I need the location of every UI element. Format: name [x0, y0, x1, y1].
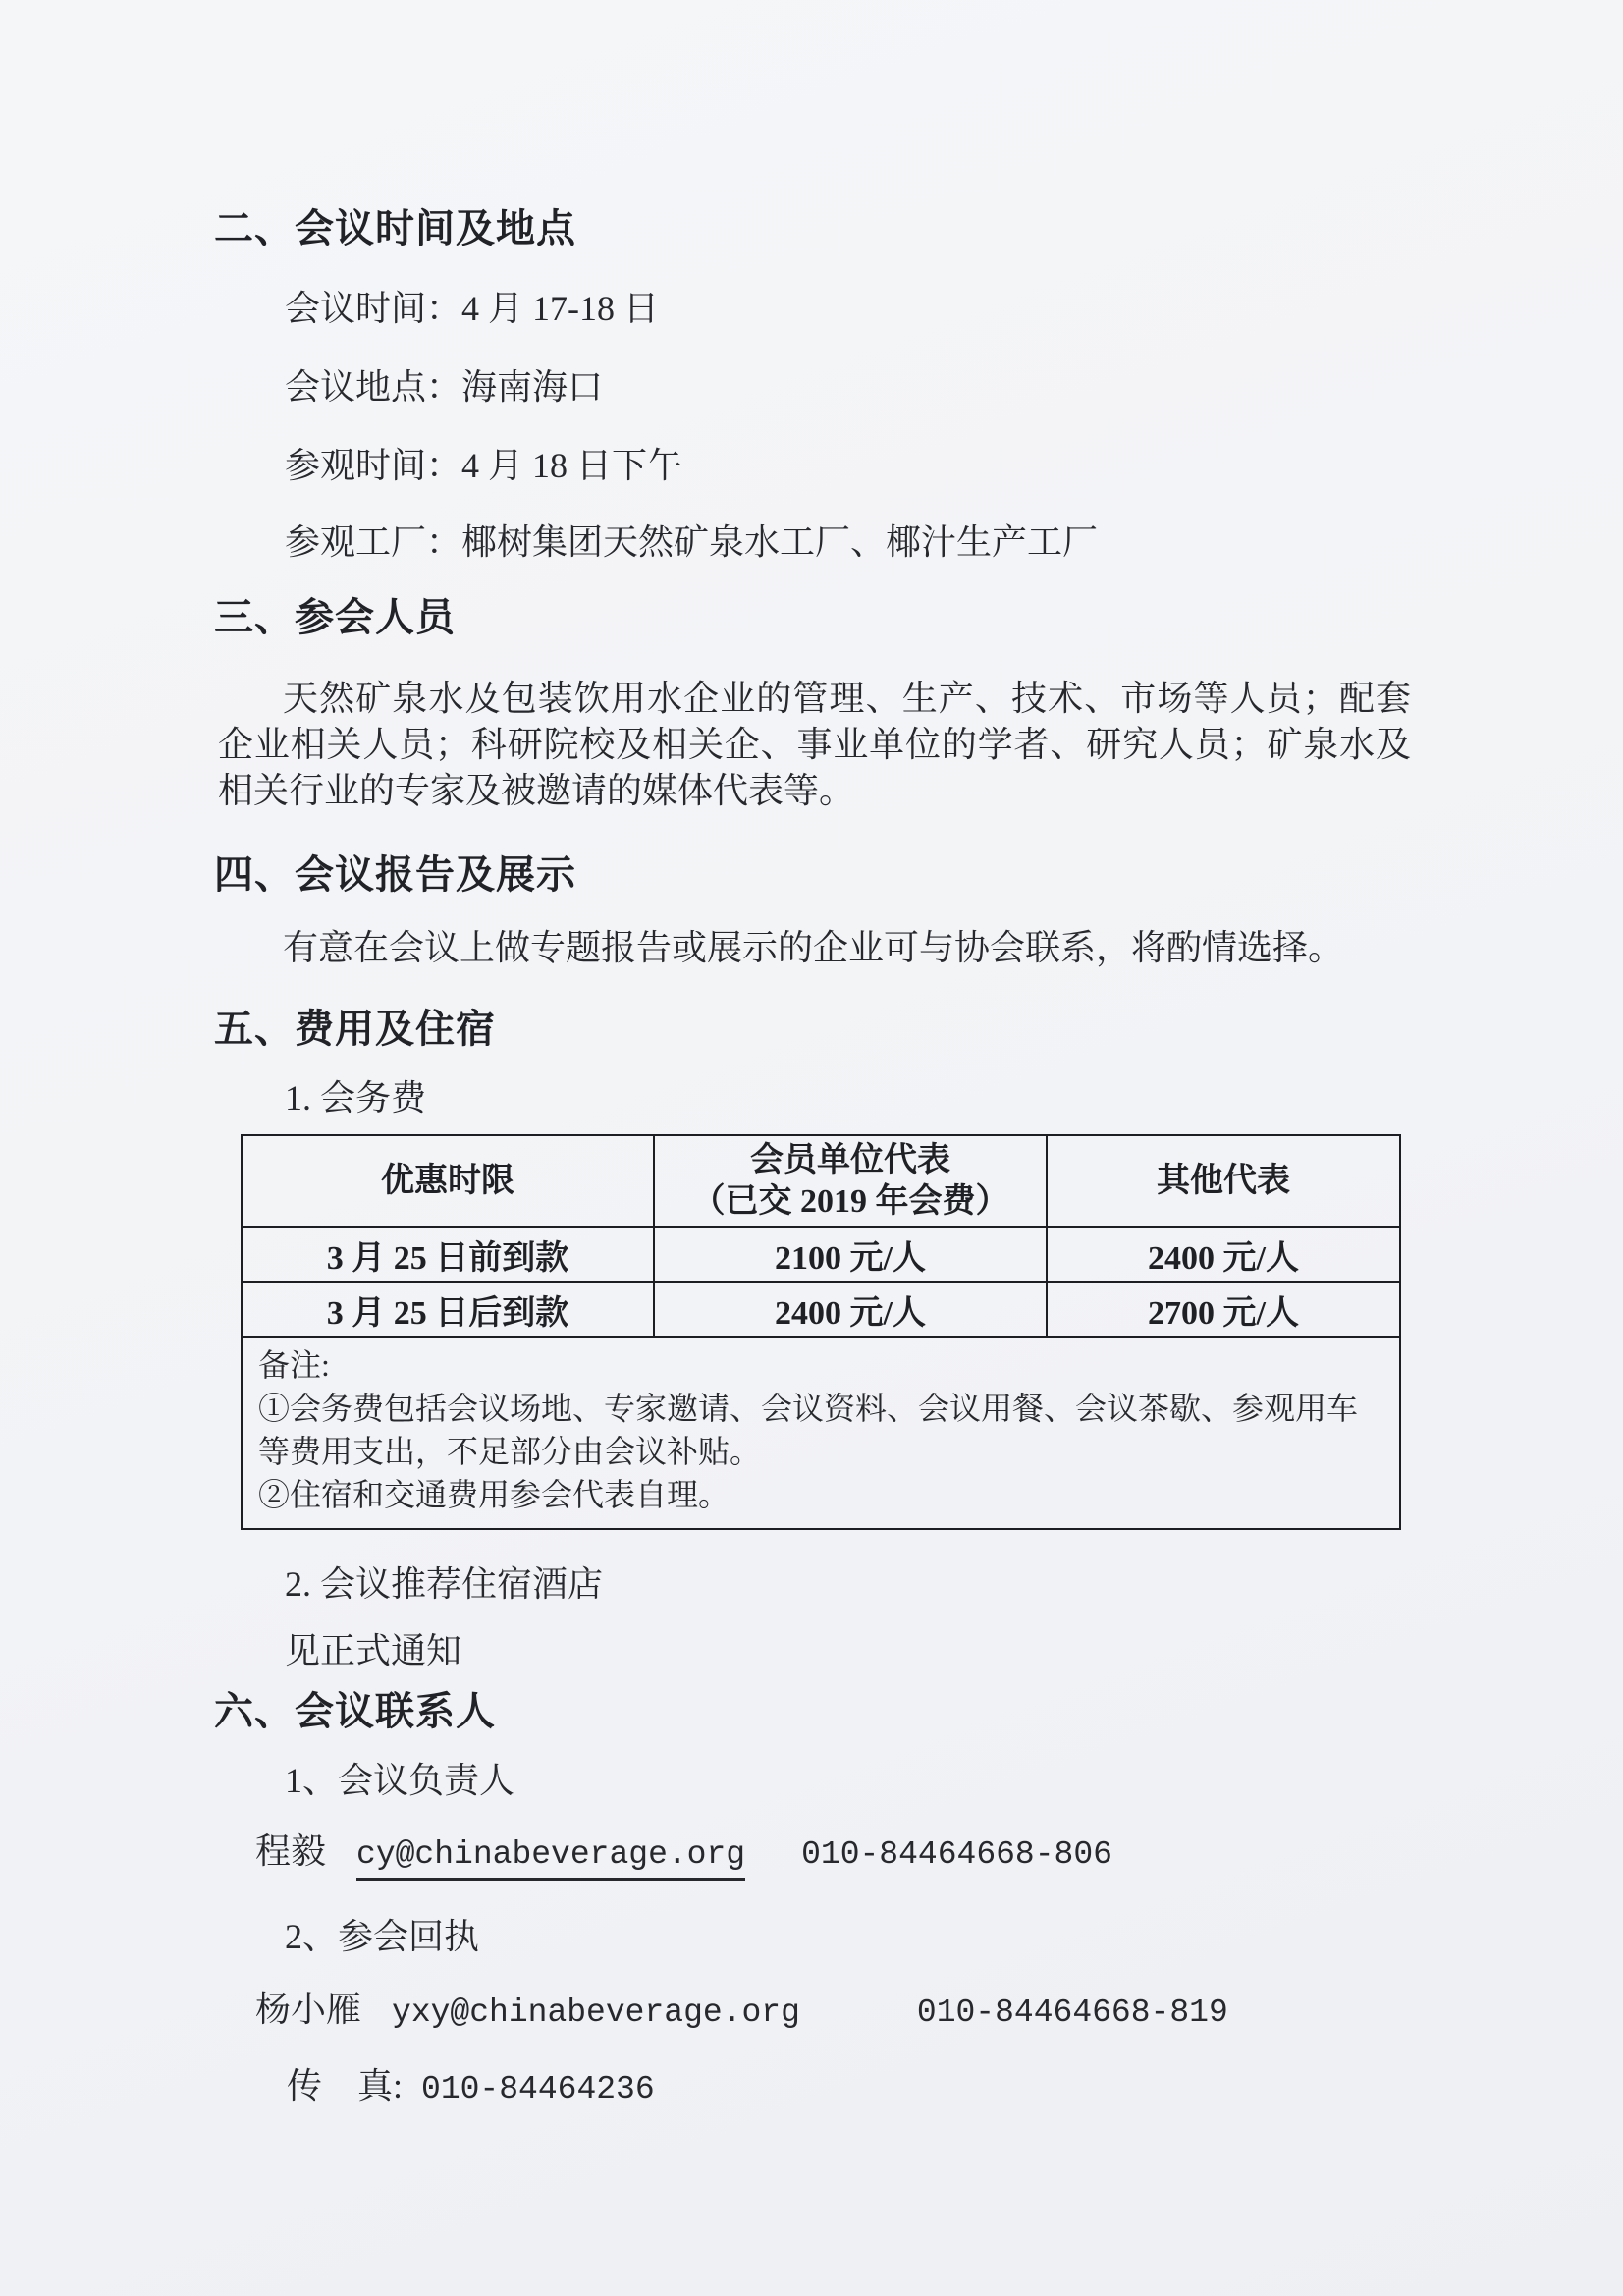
visit-time-line: 参观时间：4 月 18 日下午: [285, 447, 1623, 484]
fee-table: 优惠时限 会员单位代表 （已交 2019 年会费） 其他代表 3 月 25 日前…: [241, 1134, 1401, 1530]
contact2-label: 2、参会回执: [285, 1918, 1623, 1955]
participants-paragraph: 天然矿泉水及包装饮用水企业的管理、生产、技术、市场等人员；配套企业相关人员；科研…: [218, 676, 1411, 814]
fee-remarks-note2: ②住宿和交通费用参会代表自理。: [258, 1473, 1385, 1516]
fee-late-other-price: 2700 元/人: [1047, 1282, 1400, 1337]
contact2-line: 杨小雁 yxy@chinabeverage.org 010-84464668-8…: [255, 1990, 1623, 2033]
fee-item-label: 1. 会务费: [285, 1079, 1623, 1117]
section4-heading: 四、会议报告及展示: [214, 854, 1623, 896]
fax-label: 传 真:: [287, 2066, 403, 2105]
section5-heading: 五、费用及住宿: [214, 1009, 1623, 1050]
hotel-note: 见正式通知: [285, 1632, 1623, 1669]
section6-heading: 六、会议联系人: [214, 1691, 1623, 1732]
fee-early-deadline: 3 月 25 日前到款: [242, 1227, 654, 1282]
fee-remarks-note1: ①会务费包括会议场地、专家邀请、会议资料、会议用餐、会议茶歇、参观用车等费用支出…: [258, 1387, 1385, 1473]
fee-table-row-late: 3 月 25 日后到款 2400 元/人 2700 元/人: [242, 1282, 1400, 1337]
section3-heading: 三、参会人员: [214, 597, 1623, 638]
contact1-label: 1、会议负责人: [285, 1762, 1623, 1799]
fee-table-header-member-line2: （已交 2019 年会费）: [656, 1181, 1045, 1223]
fee-remarks: 备注: ①会务费包括会议场地、专家邀请、会议资料、会议用餐、会议茶歇、参观用车等…: [242, 1337, 1400, 1529]
fax-number: 010-84464236: [421, 2071, 655, 2107]
contact2-name: 杨小雁: [255, 1990, 361, 2029]
contact2-phone: 010-84464668-819: [917, 1995, 1228, 2031]
section2-heading: 二、会议时间及地点: [214, 208, 1623, 249]
fee-table-remarks-row: 备注: ①会务费包括会议场地、专家邀请、会议资料、会议用餐、会议茶歇、参观用车等…: [242, 1337, 1400, 1529]
contact1-line: 程毅 cy@chinabeverage.org 010-84464668-806: [255, 1831, 1623, 1881]
contact2-email: yxy@chinabeverage.org: [392, 1995, 800, 2031]
section-fees-accommodation: 五、费用及住宿 1. 会务费 优惠时限 会员单位代表 （已交 2019 年会费）…: [0, 1009, 1623, 1669]
contact1-phone: 010-84464668-806: [801, 1836, 1112, 1873]
reports-paragraph: 有意在会议上做专题报告或展示的企业可与协会联系，将酌情选择。: [218, 925, 1411, 971]
meeting-time-line: 会议时间：4 月 17-18 日: [285, 290, 1623, 327]
section-participants: 三、参会人员 天然矿泉水及包装饮用水企业的管理、生产、技术、市场等人员；配套企业…: [0, 597, 1623, 814]
document-page: 二、会议时间及地点 会议时间：4 月 17-18 日 会议地点：海南海口 参观时…: [0, 0, 1623, 2296]
meeting-place-line: 会议地点：海南海口: [285, 368, 1623, 406]
section-contacts: 六、会议联系人 1、会议负责人 程毅 cy@chinabeverage.org …: [0, 1691, 1623, 2109]
contact1-name: 程毅: [255, 1831, 326, 1871]
fax-line: 传 真: 010-84464236: [287, 2066, 1623, 2109]
visit-factory-line: 参观工厂：椰树集团天然矿泉水工厂、椰汁生产工厂: [285, 523, 1623, 561]
section-reports-display: 四、会议报告及展示 有意在会议上做专题报告或展示的企业可与协会联系，将酌情选择。: [0, 854, 1623, 971]
fee-table-row-early: 3 月 25 日前到款 2100 元/人 2400 元/人: [242, 1227, 1400, 1282]
fee-table-header-member: 会员单位代表 （已交 2019 年会费）: [654, 1135, 1047, 1227]
fee-table-header-other: 其他代表: [1047, 1135, 1400, 1227]
fee-late-deadline: 3 月 25 日后到款: [242, 1282, 654, 1337]
fee-table-header-discount: 优惠时限: [242, 1135, 654, 1227]
contact1-email: cy@chinabeverage.org: [356, 1835, 745, 1881]
hotel-item-label: 2. 会议推荐住宿酒店: [285, 1565, 1623, 1603]
fee-early-member-price: 2100 元/人: [654, 1227, 1047, 1282]
fee-early-other-price: 2400 元/人: [1047, 1227, 1400, 1282]
fee-remarks-label: 备注:: [258, 1343, 1385, 1387]
fee-table-header-member-line1: 会员单位代表: [656, 1140, 1045, 1181]
section-meeting-time-place: 二、会议时间及地点 会议时间：4 月 17-18 日 会议地点：海南海口 参观时…: [0, 208, 1623, 561]
fee-table-header-row: 优惠时限 会员单位代表 （已交 2019 年会费） 其他代表: [242, 1135, 1400, 1227]
fee-late-member-price: 2400 元/人: [654, 1282, 1047, 1337]
